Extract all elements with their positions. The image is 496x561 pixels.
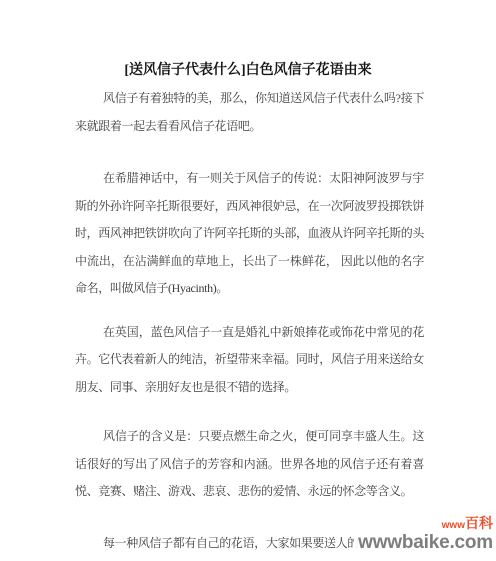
paragraph-greek-legend: 在希腊神话中，有一则关于风信子的传说：太阳神阿波罗与宇斯的外孙许阿辛托斯很要好，… bbox=[75, 165, 424, 303]
article-title: [送风信子代表什么]白色风信子花语由来 bbox=[0, 62, 496, 80]
paragraph-england: 在英国，蓝色风信子一直是婚礼中新娘捧花或饰花中常见的花卉。它代表着新人的纯洁，祈… bbox=[75, 319, 424, 402]
paragraph-meaning: 风信子的含义是：只要点燃生命之火，便可同享丰盛人生。这话很好的写出了风信子的芳容… bbox=[75, 423, 424, 506]
watermark-brand: www百科 bbox=[358, 516, 493, 533]
document-page: [送风信子代表什么]白色风信子花语由来 风信子有着独特的美，那么，你知道送风信子… bbox=[0, 0, 496, 561]
paragraph-intro: 风信子有着独特的美，那么，你知道送风信子代表什么吗?接下来就跟着一起去看看风信子… bbox=[75, 85, 424, 140]
watermark-url: wwwbaike.com bbox=[358, 533, 493, 552]
site-watermark: www百科 wwwbaike.com bbox=[354, 516, 493, 552]
watermark-brand-name: 百科 bbox=[465, 515, 493, 531]
article-body: 风信子有着独特的美，那么，你知道送风信子代表什么吗?接下来就跟着一起去看看风信子… bbox=[75, 85, 424, 557]
watermark-www-prefix: www bbox=[442, 520, 465, 531]
